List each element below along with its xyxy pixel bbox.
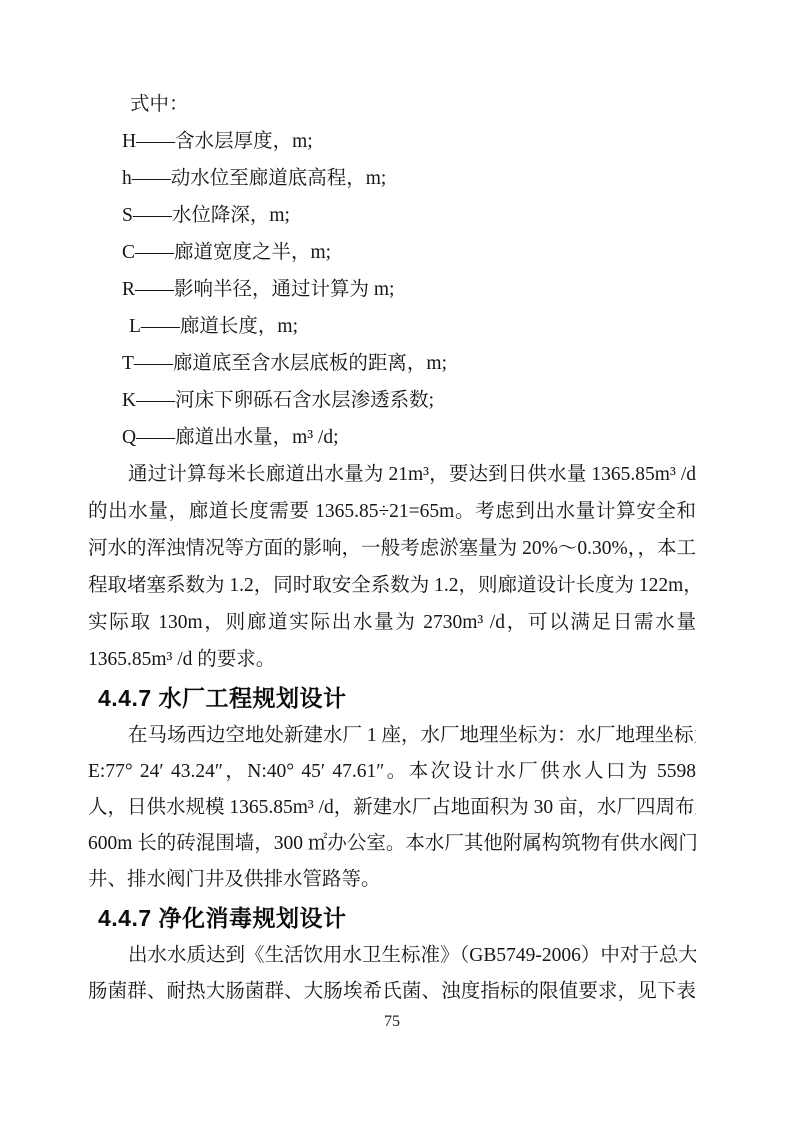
section-heading-purification: 4.4.7 净化消毒规划设计 xyxy=(88,898,696,938)
paragraph-line: 肠菌群、耐热大肠菌群、大肠埃希氏菌、浊度指标的限值要求，见下表 xyxy=(88,974,696,1010)
formula-legend-item-S: S——水位降深，m; xyxy=(88,197,696,234)
formula-legend-item-h: h——动水位至廊道底高程，m; xyxy=(88,160,696,197)
paragraph-line: 程取堵塞系数为 1.2，同时取安全系数为 1.2，则廊道设计长度为 122m， xyxy=(88,567,696,604)
paragraph-line: 的出水量，廊道长度需要 1365.85÷21=65m。考虑到出水量计算安全和 xyxy=(88,493,696,530)
formula-legend-item-K: K——河床下卵砾石含水层渗透系数; xyxy=(88,382,696,419)
formula-legend-item-T: T——廊道底至含水层底板的距离，m; xyxy=(88,345,696,382)
paragraph-line: 实际取 130m，则廊道实际出水量为 2730m³ /d，可以满足日需水量 xyxy=(88,604,696,641)
paragraph-line: E:77° 24′ 43.24″，N:40° 45′ 47.61″。本次设计水厂… xyxy=(88,754,696,790)
paragraph-line: 1365.85m³ /d 的要求。 xyxy=(88,641,696,678)
paragraph-line: 井、排水阀门井及供排水管路等。 xyxy=(88,862,696,898)
formula-legend: 式中： H——含水层厚度，m; h——动水位至廊道底高程，m; S——水位降深，… xyxy=(88,86,696,456)
paragraph-line: 河水的浑浊情况等方面的影响，一般考虑淤塞量为 20%～0.30%，，本工 xyxy=(88,530,696,567)
paragraph-line: 通过计算每米长廊道出水量为 21m³，要达到日供水量 1365.85m³ /d xyxy=(88,456,696,493)
formula-legend-item-L: L——廊道长度，m; xyxy=(88,308,696,345)
paragraph-line: 出水水质达到《生活饮用水卫生标准》（GB5749-2006）中对于总大 xyxy=(88,938,696,974)
water-plant-paragraph: 在马场西边空地处新建水厂 1 座，水厂地理坐标为：水厂地理坐标为： E:77° … xyxy=(88,718,696,898)
paragraph-line: 在马场西边空地处新建水厂 1 座，水厂地理坐标为：水厂地理坐标为： xyxy=(88,718,696,754)
section-heading-water-plant: 4.4.7 水厂工程规划设计 xyxy=(88,678,696,718)
formula-legend-item-Q: Q——廊道出水量，m³ /d; xyxy=(88,419,696,456)
page-number: 75 xyxy=(88,1011,696,1033)
page-content: 式中： H——含水层厚度，m; h——动水位至廊道底高程，m; S——水位降深，… xyxy=(88,86,696,1033)
formula-legend-item-R: R——影响半径，通过计算为 m; xyxy=(88,271,696,308)
formula-legend-intro: 式中： xyxy=(88,86,696,123)
document-page: 式中： H——含水层厚度，m; h——动水位至廊道底高程，m; S——水位降深，… xyxy=(0,0,793,1122)
formula-legend-item-C: C——廊道宽度之半，m; xyxy=(88,234,696,271)
paragraph-line: 600m 长的砖混围墙，300 ㎡办公室。本水厂其他附属构筑物有供水阀门 xyxy=(88,826,696,862)
paragraph-line: 人，日供水规模 1365.85m³ /d，新建水厂占地面积为 30 亩，水厂四周… xyxy=(88,790,696,826)
purification-paragraph: 出水水质达到《生活饮用水卫生标准》（GB5749-2006）中对于总大 肠菌群、… xyxy=(88,938,696,1010)
formula-legend-item-H: H——含水层厚度，m; xyxy=(88,123,696,160)
calc-paragraph: 通过计算每米长廊道出水量为 21m³，要达到日供水量 1365.85m³ /d … xyxy=(88,456,696,678)
